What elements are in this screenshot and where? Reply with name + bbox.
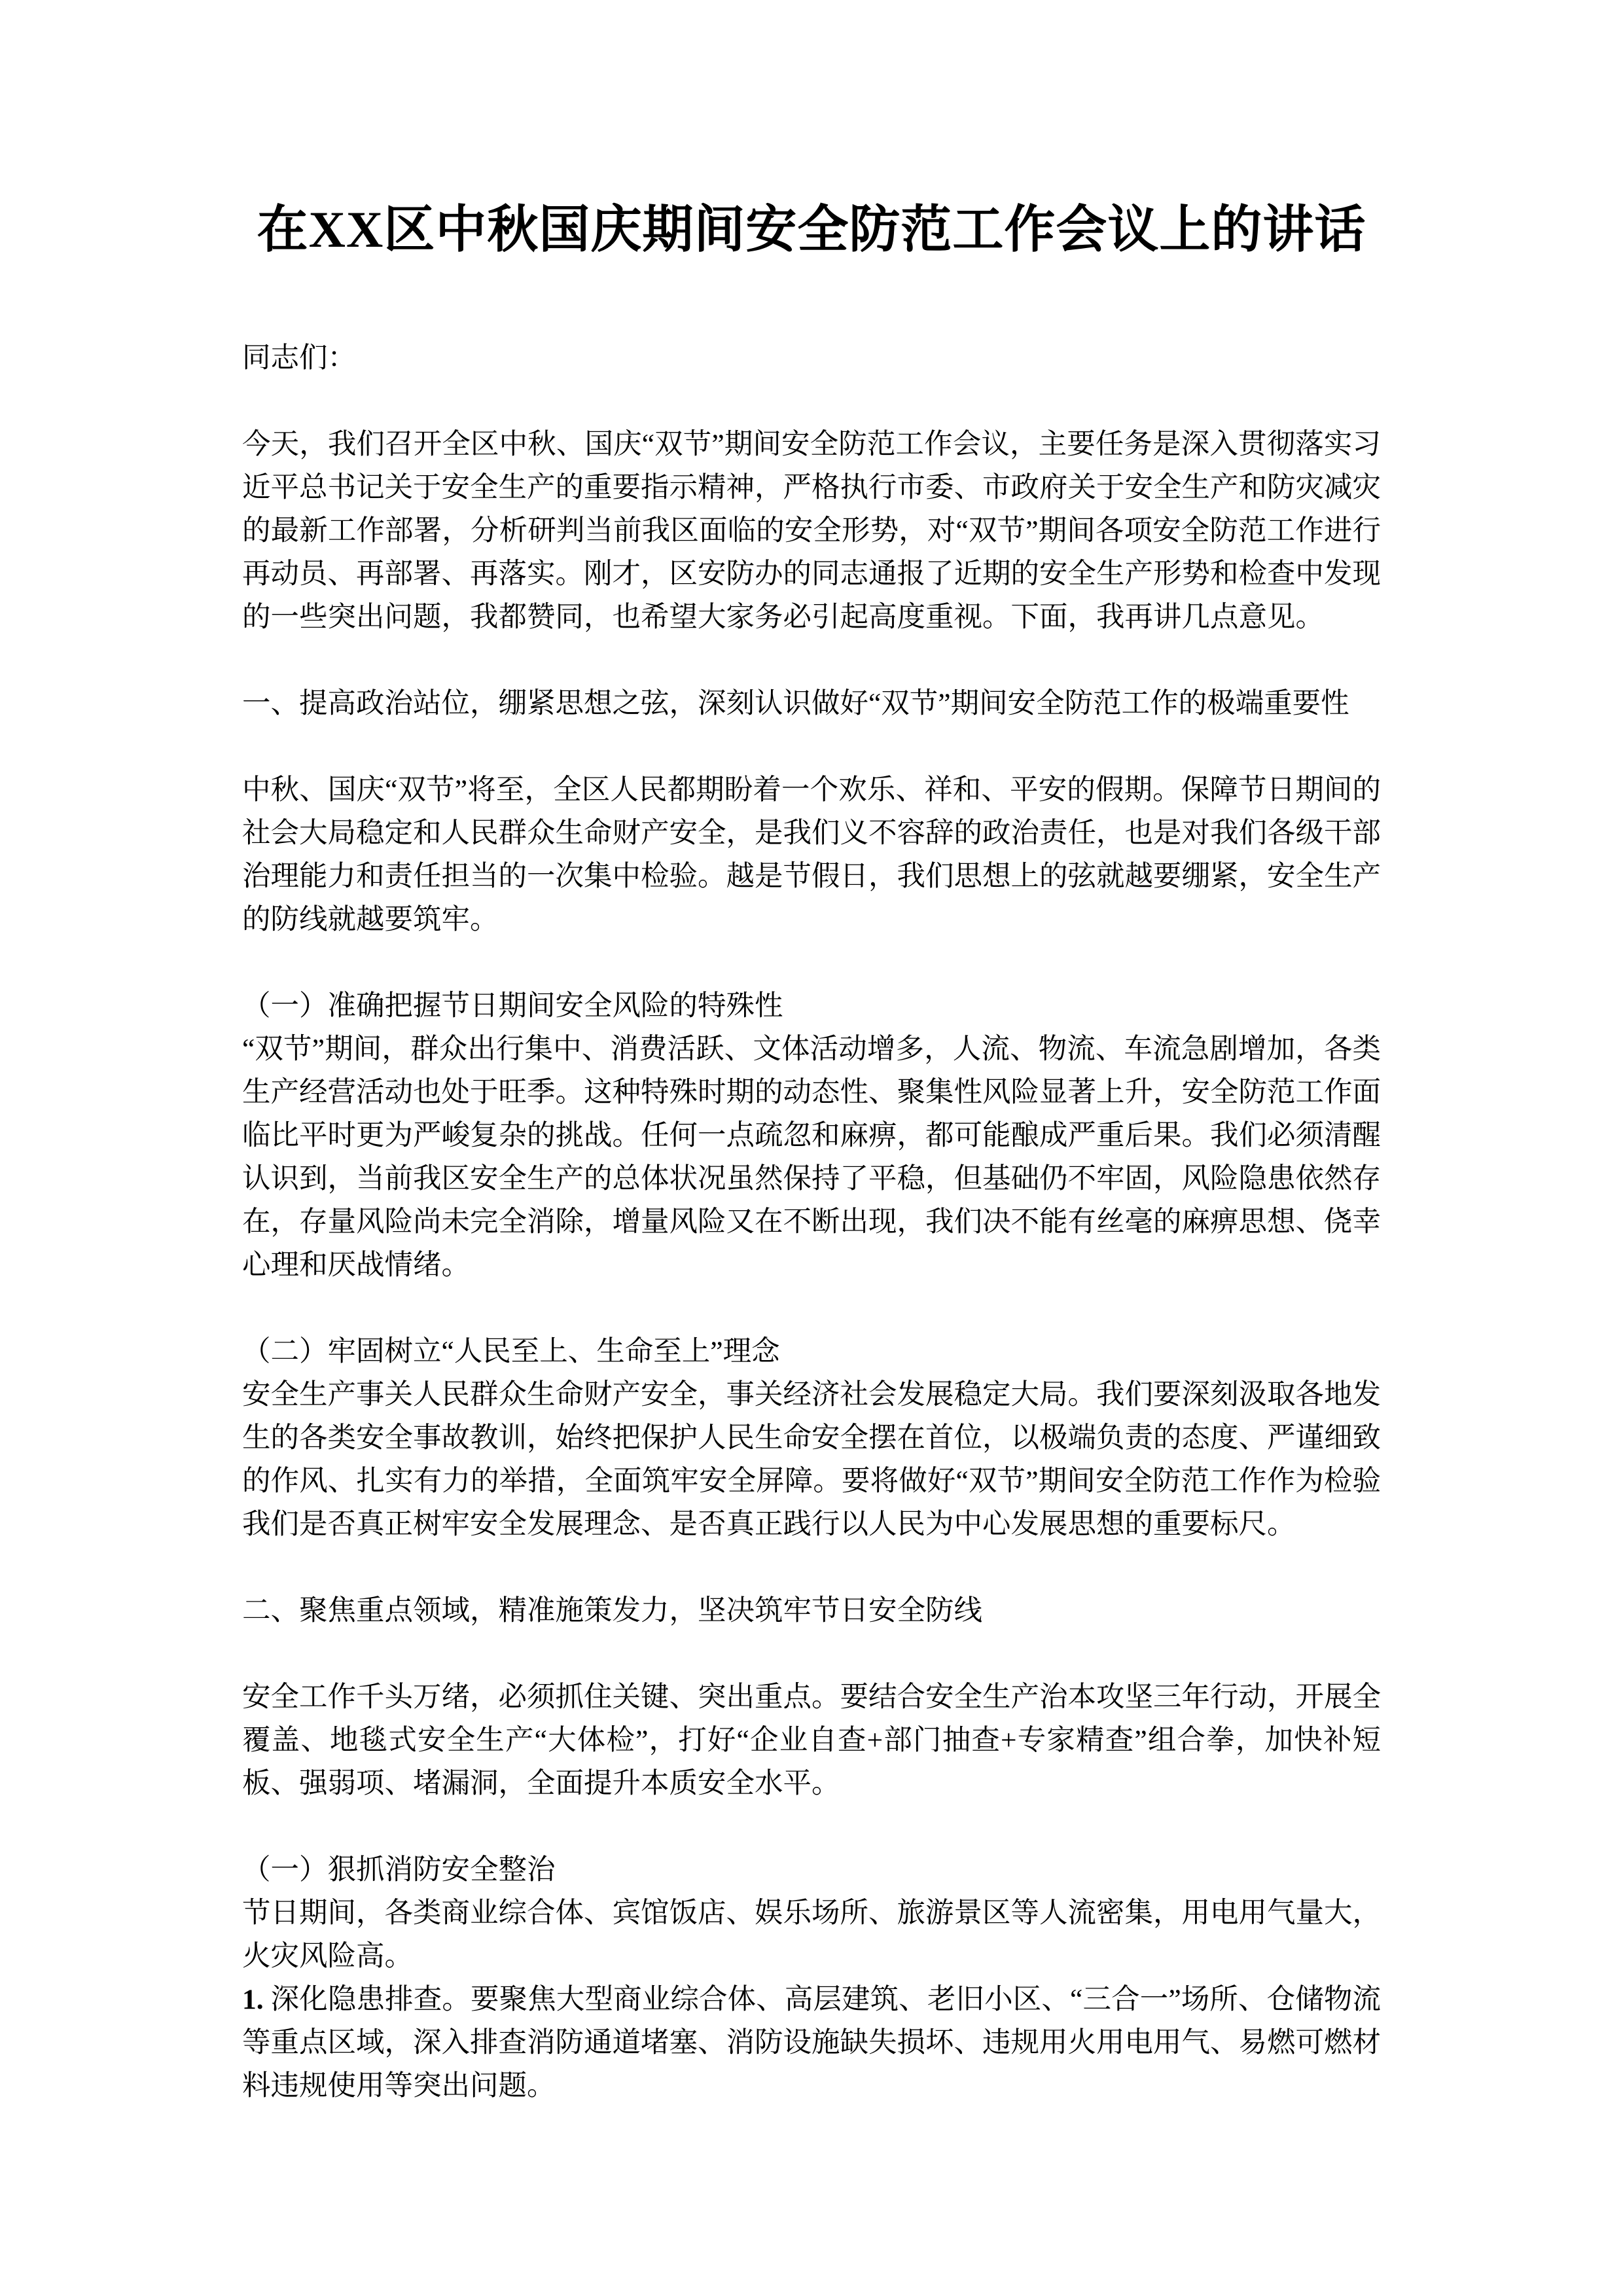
section-heading: 一、提高政治站位，绷紧思想之弦，深刻认识做好“双节”期间安全防范工作的极端重要性 xyxy=(242,682,1381,725)
text-run: 深化隐患排查。要聚焦大型商业综合体、高层建筑、老旧小区、“三合一”场所、仓储物流… xyxy=(242,1984,1381,2102)
subsection-heading: （二）牢固树立“人民至上、生命至上”理念 xyxy=(242,1330,1381,1373)
document-title: 在XX区中秋国庆期间安全防范工作会议上的讲话 xyxy=(242,196,1381,263)
paragraph: 今天，我们召开全区中秋、国庆“双节”期间安全防范工作会议，主要任务是深入贯彻落实… xyxy=(242,423,1381,639)
document-page: 在XX区中秋国庆期间安全防范工作会议上的讲话 同志们：今天，我们召开全区中秋、国… xyxy=(0,0,1623,2296)
paragraph: 中秋、国庆“双节”将至，全区人民都期盼着一个欢乐、祥和、平安的假期。保障节日期间… xyxy=(242,768,1381,941)
paragraph: “双节”期间，群众出行集中、消费活跃、文体活动增多，人流、物流、车流急剧增加，各… xyxy=(242,1028,1381,1287)
subsection-heading: （一）狠抓消防安全整治 xyxy=(242,1848,1381,1892)
paragraph: 安全生产事关人民群众生命财产安全，事关经济社会发展稳定大局。我们要深刻汲取各地发… xyxy=(242,1373,1381,1546)
paragraph: 节日期间，各类商业综合体、宾馆饭店、娱乐场所、旅游景区等人流密集，用电用气量大，… xyxy=(242,1892,1381,1978)
numbered-item: 1. 深化隐患排查。要聚焦大型商业综合体、高层建筑、老旧小区、“三合一”场所、仓… xyxy=(242,1978,1381,2108)
item-number: 1. xyxy=(242,1984,271,2015)
salutation: 同志们： xyxy=(242,336,1381,380)
paragraph: 安全工作千头万绪，必须抓住关键、突出重点。要结合安全生产治本攻坚三年行动，开展全… xyxy=(242,1676,1381,1805)
document-body: 同志们：今天，我们召开全区中秋、国庆“双节”期间安全防范工作会议，主要任务是深入… xyxy=(242,336,1381,2108)
subsection-heading: （一）准确把握节日期间安全风险的特殊性 xyxy=(242,984,1381,1028)
section-heading: 二、聚焦重点领域，精准施策发力，坚决筑牢节日安全防线 xyxy=(242,1589,1381,1632)
